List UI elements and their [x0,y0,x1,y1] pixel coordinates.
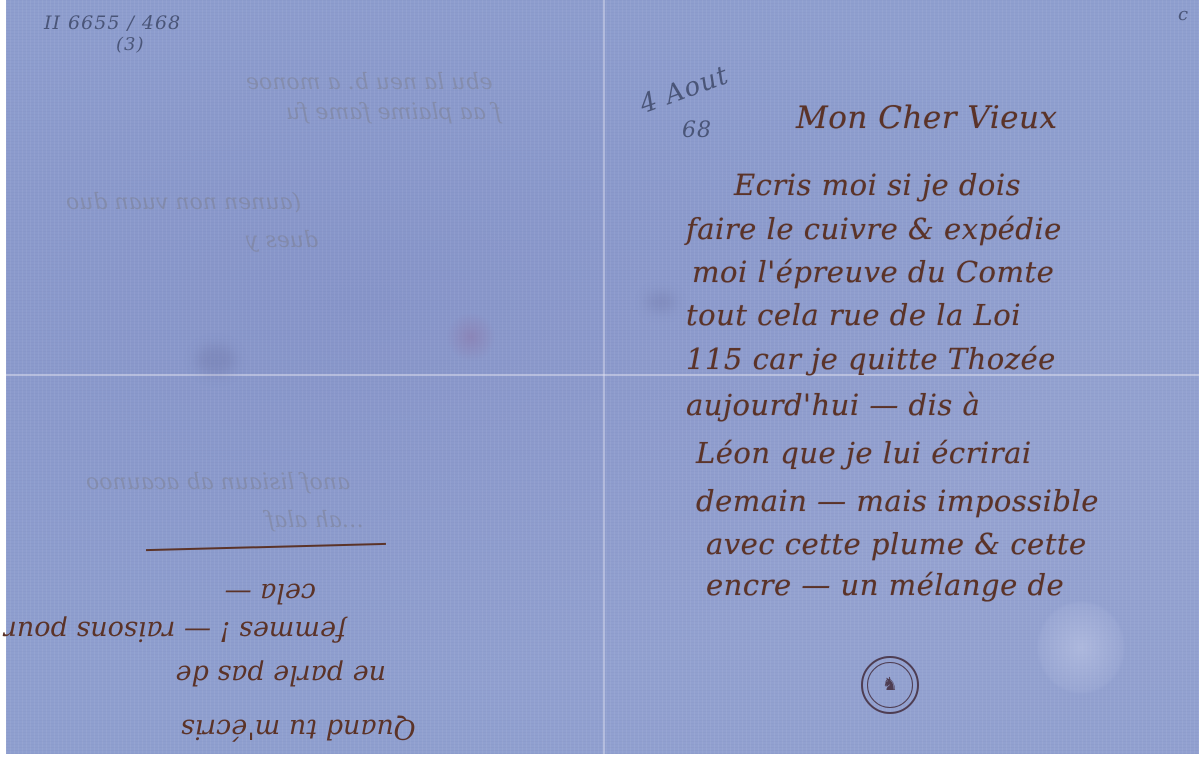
pencil-year: 68 [682,118,712,143]
bleed-through-text: f aa plaime fame fu [286,100,501,125]
archive-sub-reference: (3) [116,34,145,55]
letter-line: faire le cuivre & expédie [686,212,1062,246]
postscript-line: cela — [225,577,316,608]
pencil-date: 4 Aout [636,60,733,120]
blind-embossed-stamp [1036,600,1126,695]
bleed-through-text: dues y [246,228,318,253]
letter-line: encre — un mélange de [706,568,1064,602]
letter-line: demain — mais impossible [696,484,1099,518]
letter-line: tout cela rue de la Loi [686,298,1021,332]
corner-mark: c [1178,4,1189,25]
postscript-line: femmes ! — raisons pour [4,615,346,646]
archive-reference: II 6655 / 468 [44,12,181,34]
violet-blot [446,312,496,362]
postscript-upside-down: Quand tu m'écris ne parle pas de femmes … [56,560,476,750]
library-stamp: ♞ [861,656,919,714]
postscript-rule [146,543,386,551]
letter-line: Ecris moi si je dois [734,168,1021,202]
postscript-line: ne parle pas de [175,659,386,690]
letter-line: avec cette plume & cette [706,527,1087,561]
lion-emblem-icon: ♞ [882,676,898,694]
letter-line: 115 car je quitte Thozée [686,342,1056,376]
ink-smudge [196,345,236,375]
letter-salutation: Mon Cher Vieux [796,100,1057,136]
letter-line: Léon que je lui écrirai [696,436,1032,470]
vertical-fold-line [603,0,605,754]
letter-sheet: ebu la neu b. a monoe f aa plaime fame f… [6,0,1199,754]
bleed-through-text: ebu la neu b. a monoe [246,70,492,95]
postscript-line: Quand tu m'écris [181,713,416,744]
library-stamp-inner: ♞ [867,662,913,708]
letter-line: moi l'épreuve du Comte [692,255,1054,289]
bleed-through-text: anof lisiaun ab acaunoo [86,470,350,495]
bleed-through-text: (aunen non vuan duo [66,190,301,215]
ink-smudge [646,292,676,312]
bleed-through-text: …ah alaf [266,508,364,533]
letter-line: aujourd'hui — dis à [686,388,980,422]
